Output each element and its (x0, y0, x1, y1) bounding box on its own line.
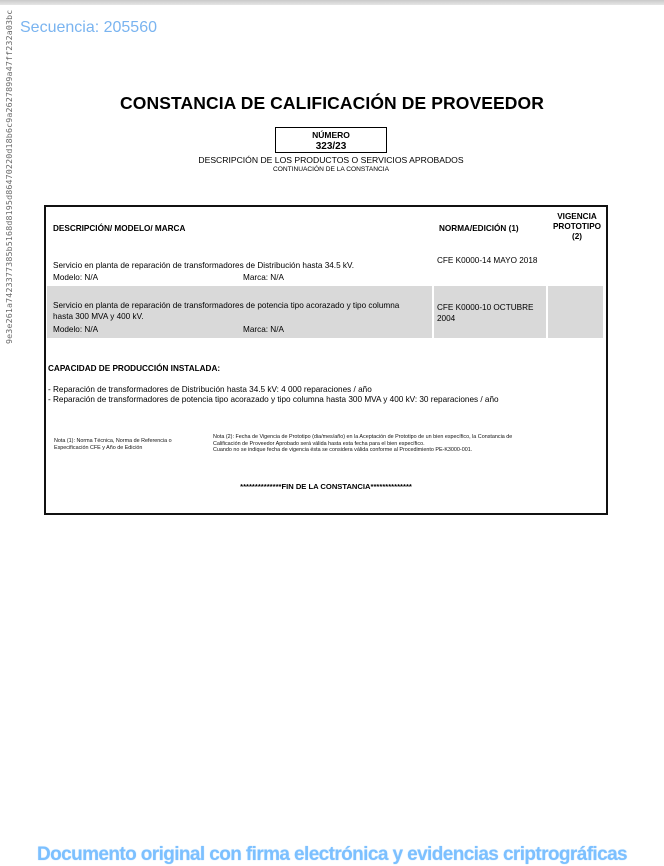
row-description: Servicio en planta de reparación de tran… (53, 261, 433, 272)
row-marca: Marca: N/A (243, 325, 284, 336)
section-subtitle: DESCRIPCIÓN DE LOS PRODUCTOS O SERVICIOS… (0, 155, 662, 165)
nota-2: Nota (2): Fecha de Vigencia de Prototipo… (213, 434, 593, 454)
nota-1: Nota (1): Norma Técnica, Norma de Refere… (54, 438, 204, 451)
electronic-signature-watermark: Documento original con firma electrónica… (0, 844, 664, 866)
nota-2-line: Calificación de Proveedor Aprobado será … (213, 441, 593, 448)
sequence-number: Secuencia: 205560 (20, 19, 157, 37)
row-modelo: Modelo: N/A (53, 325, 98, 336)
capacidad-title: CAPACIDAD DE PRODUCCIÓN INSTALADA: (48, 364, 220, 373)
row-shading (548, 286, 603, 338)
end-of-document-marker: **************FIN DE LA CONSTANCIA******… (46, 482, 606, 491)
continuation-label: CONTINUACIÓN DE LA CONSTANCIA (0, 166, 662, 173)
nota-2-line: Cuando no se indique fecha de vigencia é… (213, 447, 593, 454)
row-modelo: Modelo: N/A (53, 273, 98, 284)
viewer-top-bar (0, 0, 664, 5)
row-description: Servicio en planta de reparación de tran… (53, 301, 413, 322)
document-hash: 9e3e261a7423377385b5168d8195d86470220d18… (4, 10, 14, 344)
products-table-box: DESCRIPCIÓN/ MODELO/ MARCA NORMA/EDICIÓN… (44, 205, 608, 515)
capacidad-item: - Reparación de transformadores de Distr… (48, 385, 372, 396)
numero-value: 323/23 (276, 141, 386, 152)
row-marca: Marca: N/A (243, 273, 284, 284)
column-header-norma: NORMA/EDICIÓN (1) (439, 224, 519, 233)
document-title: CONSTANCIA DE CALIFICACIÓN DE PROVEEDOR (0, 93, 664, 114)
column-header-vigencia: VIGENCIA PROTOTIPO (2) (548, 212, 606, 242)
numero-label: NÚMERO (276, 130, 386, 141)
capacidad-item: - Reparación de transformadores de poten… (48, 395, 499, 406)
row-norma: CFE K0000-10 OCTUBRE 2004 (437, 303, 545, 324)
nota-2-line: Nota (2): Fecha de Vigencia de Prototipo… (213, 434, 593, 441)
column-header-descripcion: DESCRIPCIÓN/ MODELO/ MARCA (53, 224, 185, 233)
row-norma: CFE K0000-14 MAYO 2018 (437, 256, 545, 267)
numero-box: NÚMERO 323/23 (275, 127, 387, 153)
